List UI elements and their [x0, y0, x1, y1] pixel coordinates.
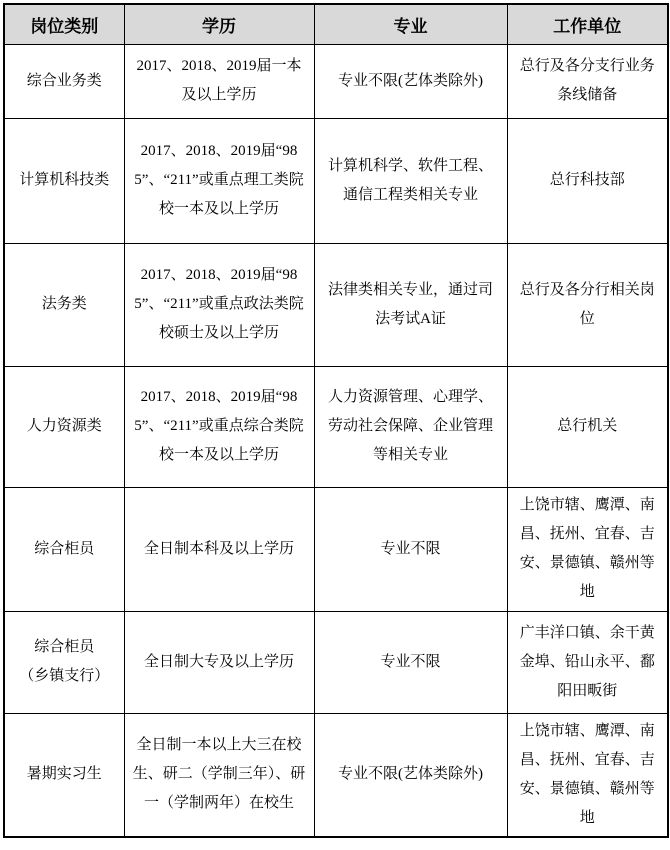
table-row: 综合业务类 2017、2018、2019届一本及以上学历 专业不限(艺体类除外)…	[4, 44, 668, 118]
cell-major: 计算机科学、软件工程、通信工程类相关专业	[314, 118, 507, 243]
column-header-category: 岗位类别	[4, 4, 124, 44]
table-row: 综合柜员 全日制本科及以上学历 专业不限 上饶市辖、鹰潭、南昌、抚州、宜春、吉安…	[4, 487, 668, 611]
table-row: 法务类 2017、2018、2019届“985”、“211”或重点政法类院校硕士…	[4, 243, 668, 366]
table-row: 暑期实习生 全日制一本以上大三在校生、研二（学制三年）、研一（学制两年）在校生 …	[4, 713, 668, 837]
cell-category: 综合业务类	[4, 44, 124, 118]
cell-education: 2017、2018、2019届一本及以上学历	[124, 44, 314, 118]
cell-major: 专业不限	[314, 611, 507, 713]
cell-education: 全日制一本以上大三在校生、研二（学制三年）、研一（学制两年）在校生	[124, 713, 314, 837]
cell-category: 暑期实习生	[4, 713, 124, 837]
column-header-education: 学历	[124, 4, 314, 44]
positions-table: 岗位类别 学历 专业 工作单位 综合业务类 2017、2018、2019届一本及…	[3, 3, 669, 838]
cell-major: 法律类相关专业，通过司法考试A证	[314, 243, 507, 366]
cell-workunit: 上饶市辖、鹰潭、南昌、抚州、宜春、吉安、景德镇、赣州等地	[507, 487, 668, 611]
cell-category: 综合柜员	[4, 487, 124, 611]
cell-education: 全日制大专及以上学历	[124, 611, 314, 713]
column-header-major: 专业	[314, 4, 507, 44]
page: 岗位类别 学历 专业 工作单位 综合业务类 2017、2018、2019届一本及…	[0, 0, 670, 850]
cell-major: 专业不限	[314, 487, 507, 611]
cell-major: 专业不限(艺体类除外)	[314, 713, 507, 837]
cell-category: 综合柜员 （乡镇支行）	[4, 611, 124, 713]
cell-workunit: 广丰洋口镇、余干黄金埠、铅山永平、鄱阳田畈街	[507, 611, 668, 713]
cell-workunit: 总行机关	[507, 366, 668, 487]
cell-workunit: 总行科技部	[507, 118, 668, 243]
cell-workunit: 总行及各分行相关岗位	[507, 243, 668, 366]
cell-education: 2017、2018、2019届“985”、“211”或重点综合类院校一本及以上学…	[124, 366, 314, 487]
table-row: 综合柜员 （乡镇支行） 全日制大专及以上学历 专业不限 广丰洋口镇、余干黄金埠、…	[4, 611, 668, 713]
header-row: 岗位类别 学历 专业 工作单位	[4, 4, 668, 44]
cell-education: 2017、2018、2019届“985”、“211”或重点政法类院校硕士及以上学…	[124, 243, 314, 366]
cell-education: 全日制本科及以上学历	[124, 487, 314, 611]
table-row: 人力资源类 2017、2018、2019届“985”、“211”或重点综合类院校…	[4, 366, 668, 487]
cell-major: 人力资源管理、心理学、劳动社会保障、企业管理等相关专业	[314, 366, 507, 487]
cell-workunit: 总行及各分支行业务条线储备	[507, 44, 668, 118]
cell-category: 计算机科技类	[4, 118, 124, 243]
cell-category: 人力资源类	[4, 366, 124, 487]
table-row: 计算机科技类 2017、2018、2019届“985”、“211”或重点理工类院…	[4, 118, 668, 243]
cell-workunit: 上饶市辖、鹰潭、南昌、抚州、宜春、吉安、景德镇、赣州等地	[507, 713, 668, 837]
cell-major: 专业不限(艺体类除外)	[314, 44, 507, 118]
cell-category: 法务类	[4, 243, 124, 366]
cell-education: 2017、2018、2019届“985”、“211”或重点理工类院校一本及以上学…	[124, 118, 314, 243]
column-header-workunit: 工作单位	[507, 4, 668, 44]
